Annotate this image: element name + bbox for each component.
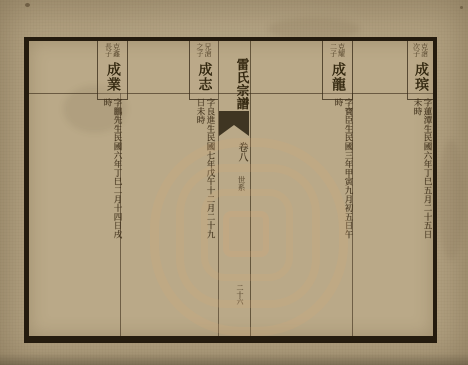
genealogy-title: 雷氏宗譜 <box>221 58 249 110</box>
name-box: 克耀 二子 成龍 <box>322 41 353 100</box>
volume-label: 卷八 <box>223 142 247 162</box>
entry-name: 成業 <box>105 62 120 92</box>
scanned-page-photo: 雷氏宗譜 卷八 世系 二十六 克滄 次子 成瑸 字蓮潭生民國六年丁巳五月二十五日… <box>0 0 468 365</box>
name-box: 兄滄 之子 成志 <box>189 41 218 100</box>
entry-relation: 兄滄 之子 <box>196 43 212 60</box>
entry-name: 成瑸 <box>413 62 428 92</box>
entry-note: 字良進生民國七年戊午十二月二十九日未時 <box>196 98 216 240</box>
paper-stain <box>438 140 464 260</box>
entry-relation: 克耀 二子 <box>330 43 346 60</box>
fold-right-rule <box>250 41 251 336</box>
entry-name: 成龍 <box>330 62 345 92</box>
paper-speck <box>25 3 30 7</box>
entry-name: 成志 <box>197 62 212 92</box>
fold-left-rule <box>218 41 219 336</box>
section-label: 世系 <box>225 176 245 191</box>
page-number: 二十六 <box>226 284 244 305</box>
entry-note: 字寶臣生民國三年甲寅九月初五日午時 <box>334 98 354 240</box>
fishtail-mark <box>219 111 249 136</box>
entry-note: 字蓮潭生民國六年丁巳五月二十五日未時 <box>413 98 433 240</box>
entry-relation: 克鑫 長子 <box>105 43 121 60</box>
page-frame: 雷氏宗譜 卷八 世系 二十六 克滄 次子 成瑸 字蓮潭生民國六年丁巳五月二十五日… <box>24 37 437 343</box>
watermark-seal <box>223 211 269 257</box>
watermark-seal <box>150 138 348 336</box>
paper-speck <box>460 6 463 9</box>
name-box: 克滄 次子 成瑸 <box>407 41 433 100</box>
name-box: 克鑫 長子 成業 <box>97 41 128 100</box>
entry-relation: 克滄 次子 <box>413 43 429 60</box>
entry-note: 字鵬先生民國六年丁巳二月十四日戌時 <box>103 98 123 240</box>
